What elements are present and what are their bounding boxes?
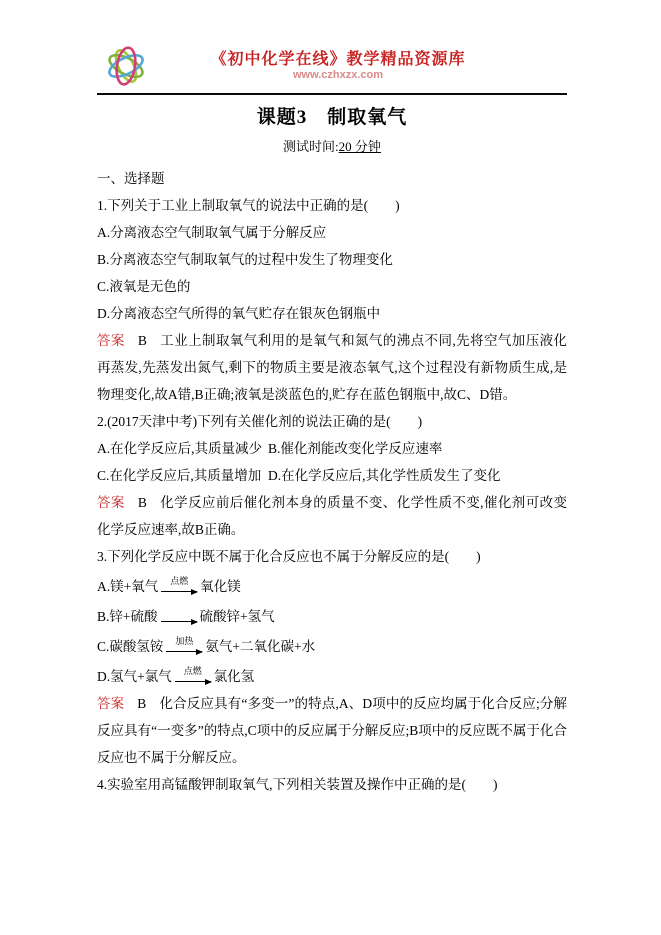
reaction-arrow: 加热 <box>166 636 202 655</box>
equation-rhs: 氨气+二氧化碳+水 <box>205 635 315 655</box>
right-arrow-icon <box>166 646 202 652</box>
question-4-stem: 4.实验室用高锰酸钾制取氧气,下列相关装置及操作中正确的是( ) <box>97 771 567 798</box>
answer-text: 化合反应具有“多变一”的特点,A、D项中的反应均属于化合反应;分解反应具有“一变… <box>97 696 567 765</box>
question-3-equation-c: C.碳酸氢铵 加热 氨气+二氧化碳+水 <box>97 630 567 660</box>
question-1-option-b: B.分离液态空气制取氧气的过程中发生了物理变化 <box>97 246 567 273</box>
section-heading: 一、选择题 <box>97 165 567 192</box>
answer-text: 工业上制取氧气利用的是氧气和氮气的沸点不同,先将空气加压液化再蒸发,先蒸发出氮气… <box>97 333 567 402</box>
test-time-value: 20 分钟 <box>339 139 381 154</box>
equation-rhs: 氯化氢 <box>214 665 255 685</box>
equation-lhs: A.镁+氧气 <box>97 575 158 595</box>
question-2-option-d: D.在化学反应后,其化学性质发生了变化 <box>268 462 567 489</box>
answer-letter: B <box>138 333 147 348</box>
question-3-answer: 答案B化合反应具有“多变一”的特点,A、D项中的反应均属于化合反应;分解反应具有… <box>97 690 567 771</box>
question-3-equation-a: A.镁+氧气 点燃 氧化镁 <box>97 570 567 600</box>
test-time-label: 测试时间: <box>283 139 339 154</box>
letterhead: 《初中化学在线》教学精品资源库 www.czhxzx.com <box>97 42 567 95</box>
equation-lhs: B.锌+硫酸 <box>97 605 158 625</box>
question-2-stem: 2.(2017天津中考)下列有关催化剂的说法正确的是( ) <box>97 408 567 435</box>
site-url: www.czhxzx.com <box>155 69 521 82</box>
answer-letter: B <box>137 696 146 711</box>
question-2-option-b: B.催化剂能改变化学反应速率 <box>268 435 567 462</box>
question-2-option-c: C.在化学反应后,其质量增加 <box>97 462 268 489</box>
reaction-arrow <box>161 606 197 625</box>
equation-lhs: D.氢气+氯气 <box>97 665 172 685</box>
question-1-stem: 1.下列关于工业上制取氧气的说法中正确的是( ) <box>97 192 567 219</box>
test-time: 测试时间:20 分钟 <box>97 138 567 155</box>
right-arrow-icon <box>175 676 211 682</box>
content-column: 《初中化学在线》教学精品资源库 www.czhxzx.com 课题3 制取氧气 … <box>0 0 661 798</box>
question-3-stem: 3.下列化学反应中既不属于化合反应也不属于分解反应的是( ) <box>97 543 567 570</box>
masthead: 《初中化学在线》教学精品资源库 www.czhxzx.com <box>155 50 567 82</box>
question-3-equation-d: D.氢气+氯气 点燃 氯化氢 <box>97 660 567 690</box>
right-arrow-icon <box>161 586 197 592</box>
answer-label: 答案 <box>97 495 125 510</box>
question-2-option-a: A.在化学反应后,其质量减少 <box>97 435 268 462</box>
reaction-condition: 加热 <box>175 636 193 646</box>
worksheet-title: 课题3 制取氧气 <box>97 106 567 130</box>
answer-label: 答案 <box>97 333 125 348</box>
question-1-option-c: C.液氧是无色的 <box>97 273 567 300</box>
reaction-arrow: 点燃 <box>175 666 211 685</box>
right-arrow-icon <box>161 616 197 622</box>
question-1-option-d: D.分离液态空气所得的氧气贮存在银灰色钢瓶中 <box>97 300 567 327</box>
reaction-condition: 点燃 <box>170 576 188 586</box>
equation-rhs: 氧化镁 <box>200 575 241 595</box>
equation-rhs: 硫酸锌+氢气 <box>200 605 275 625</box>
question-3-equation-b: B.锌+硫酸 硫酸锌+氢气 <box>97 600 567 630</box>
worksheet-page: 《初中化学在线》教学精品资源库 www.czhxzx.com 课题3 制取氧气 … <box>0 0 661 935</box>
answer-letter: B <box>138 495 147 510</box>
reaction-arrow: 点燃 <box>161 576 197 595</box>
site-title: 《初中化学在线》教学精品资源库 <box>155 50 521 69</box>
equation-lhs: C.碳酸氢铵 <box>97 635 163 655</box>
question-1-answer: 答案B工业上制取氧气利用的是氧气和氮气的沸点不同,先将空气加压液化再蒸发,先蒸发… <box>97 327 567 408</box>
question-1-option-a: A.分离液态空气制取氧气属于分解反应 <box>97 219 567 246</box>
answer-text: 化学反应前后催化剂本身的质量不变、化学性质不变,催化剂可改变化学反应速率,故B正… <box>97 495 567 537</box>
atom-logo-icon <box>97 43 155 90</box>
answer-label: 答案 <box>97 696 124 711</box>
reaction-condition: 点燃 <box>184 666 202 676</box>
question-2-options: A.在化学反应后,其质量减少 B.催化剂能改变化学反应速率 C.在化学反应后,其… <box>97 435 567 489</box>
question-2-answer: 答案B化学反应前后催化剂本身的质量不变、化学性质不变,催化剂可改变化学反应速率,… <box>97 489 567 543</box>
